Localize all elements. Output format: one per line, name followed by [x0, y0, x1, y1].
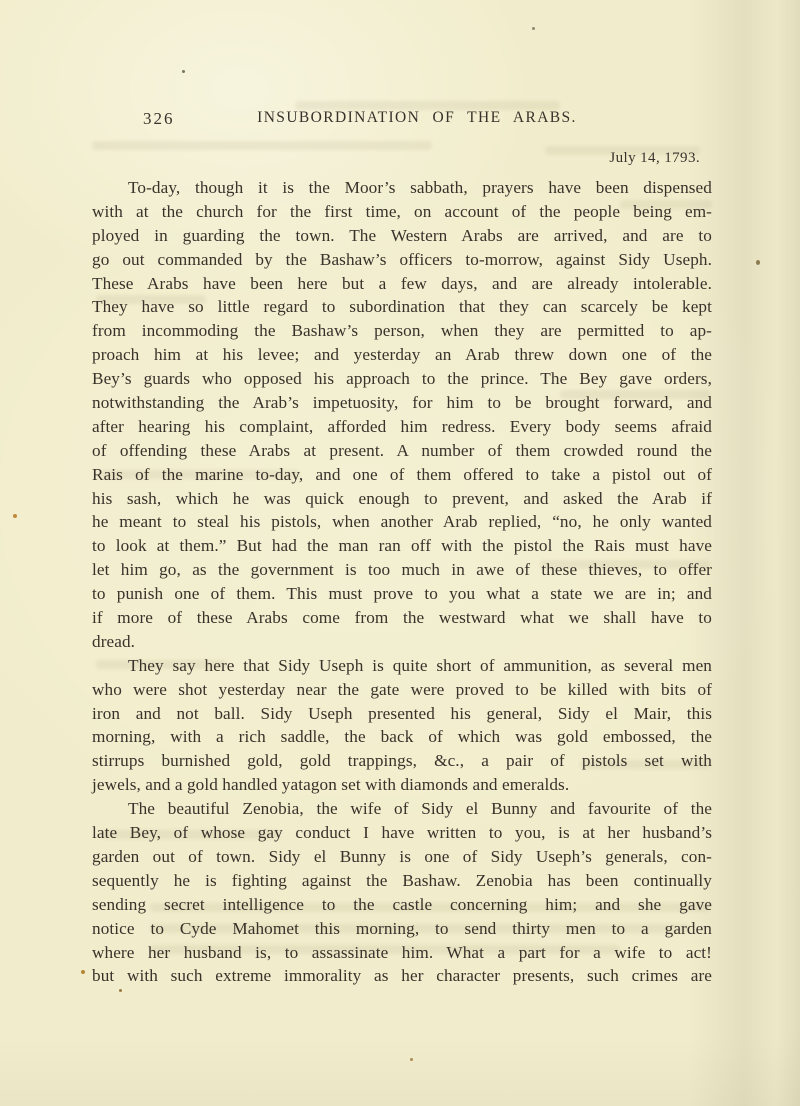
- text-line: stirrups burnished gold, gold trappings,…: [92, 749, 712, 773]
- page-number: 326: [143, 109, 175, 129]
- dateline: July 14, 1793.: [92, 150, 700, 167]
- paper-speck: [756, 260, 760, 265]
- body-text: To-day, though it is the Moor’s sabbath,…: [92, 176, 712, 988]
- text-line: late Bey, of whose gay conduct I have wr…: [92, 821, 712, 845]
- paragraph: The beautiful Zenobia, the wife of Sidy …: [92, 797, 712, 988]
- text-line: Rais of the marine to-day, and one of th…: [92, 463, 712, 487]
- text-line: morning, with a rich saddle, the back of…: [92, 725, 712, 749]
- text-line: garden out of town. Sidy el Bunny is one…: [92, 845, 712, 869]
- text-line: The beautiful Zenobia, the wife of Sidy …: [92, 797, 712, 821]
- text-line: sending secret intelligence to the castl…: [92, 893, 712, 917]
- text-line: of offending these Arabs at present. A n…: [92, 439, 712, 463]
- text-line: jewels, and a gold handled yatagon set w…: [92, 773, 712, 797]
- text-line: To-day, though it is the Moor’s sabbath,…: [92, 176, 712, 200]
- running-header-title: INSUBORDINATION OF THE ARABS.: [92, 109, 712, 127]
- text-line: he meant to steal his pistols, when anot…: [92, 510, 712, 534]
- text-line: if more of these Arabs come from the wes…: [92, 606, 712, 630]
- text-line: ployed in guarding the town. The Western…: [92, 224, 712, 248]
- text-line: to punish one of them. This must prove t…: [92, 582, 712, 606]
- text-line: his sash, which he was quick enough to p…: [92, 487, 712, 511]
- page-bottom-shading: [0, 1036, 800, 1106]
- text-line: iron and not ball. Sidy Useph presented …: [92, 702, 712, 726]
- text-line: dread.: [92, 630, 712, 654]
- book-page: 326 INSUBORDINATION OF THE ARABS. July 1…: [0, 0, 800, 1106]
- text-line: They say here that Sidy Useph is quite s…: [92, 654, 712, 678]
- text-line: notice to Cyde Mahomet this morning, to …: [92, 917, 712, 941]
- paper-speck: [410, 1058, 413, 1061]
- text-line: with at the church for the first time, o…: [92, 200, 712, 224]
- paragraph: To-day, though it is the Moor’s sabbath,…: [92, 176, 712, 654]
- text-line: sequently he is fighting against the Bas…: [92, 869, 712, 893]
- text-line: from incommoding the Bashaw’s person, wh…: [92, 319, 712, 343]
- scanned-book-page: { "page": { "number": "326", "running_he…: [0, 0, 800, 1106]
- text-line: let him go, as the government is too muc…: [92, 558, 712, 582]
- paragraph: They say here that Sidy Useph is quite s…: [92, 654, 712, 797]
- text-line: after hearing his complaint, afforded hi…: [92, 415, 712, 439]
- paper-speck: [119, 989, 122, 992]
- text-line: They have so little regard to subordinat…: [92, 295, 712, 319]
- paper-speck: [182, 70, 185, 73]
- paper-speck: [532, 27, 535, 30]
- text-line: notwithstanding the Arab’s impetuosity, …: [92, 391, 712, 415]
- text-line: proach him at his levee; and yesterday a…: [92, 343, 712, 367]
- paper-speck: [13, 514, 17, 518]
- text-line: Bey’s guards who opposed his approach to…: [92, 367, 712, 391]
- text-line: to look at them.” But had the man ran of…: [92, 534, 712, 558]
- paper-speck: [81, 970, 85, 974]
- text-line: go out commanded by the Bashaw’s officer…: [92, 248, 712, 272]
- text-line: but with such extreme immorality as her …: [92, 964, 712, 988]
- text-line: who were shot yesterday near the gate we…: [92, 678, 712, 702]
- text-line: where her husband is, to assassinate him…: [92, 941, 712, 965]
- text-line: These Arabs have been here but a few day…: [92, 272, 712, 296]
- bleed-through-line: [92, 141, 432, 150]
- running-head: 326 INSUBORDINATION OF THE ARABS.: [92, 109, 712, 131]
